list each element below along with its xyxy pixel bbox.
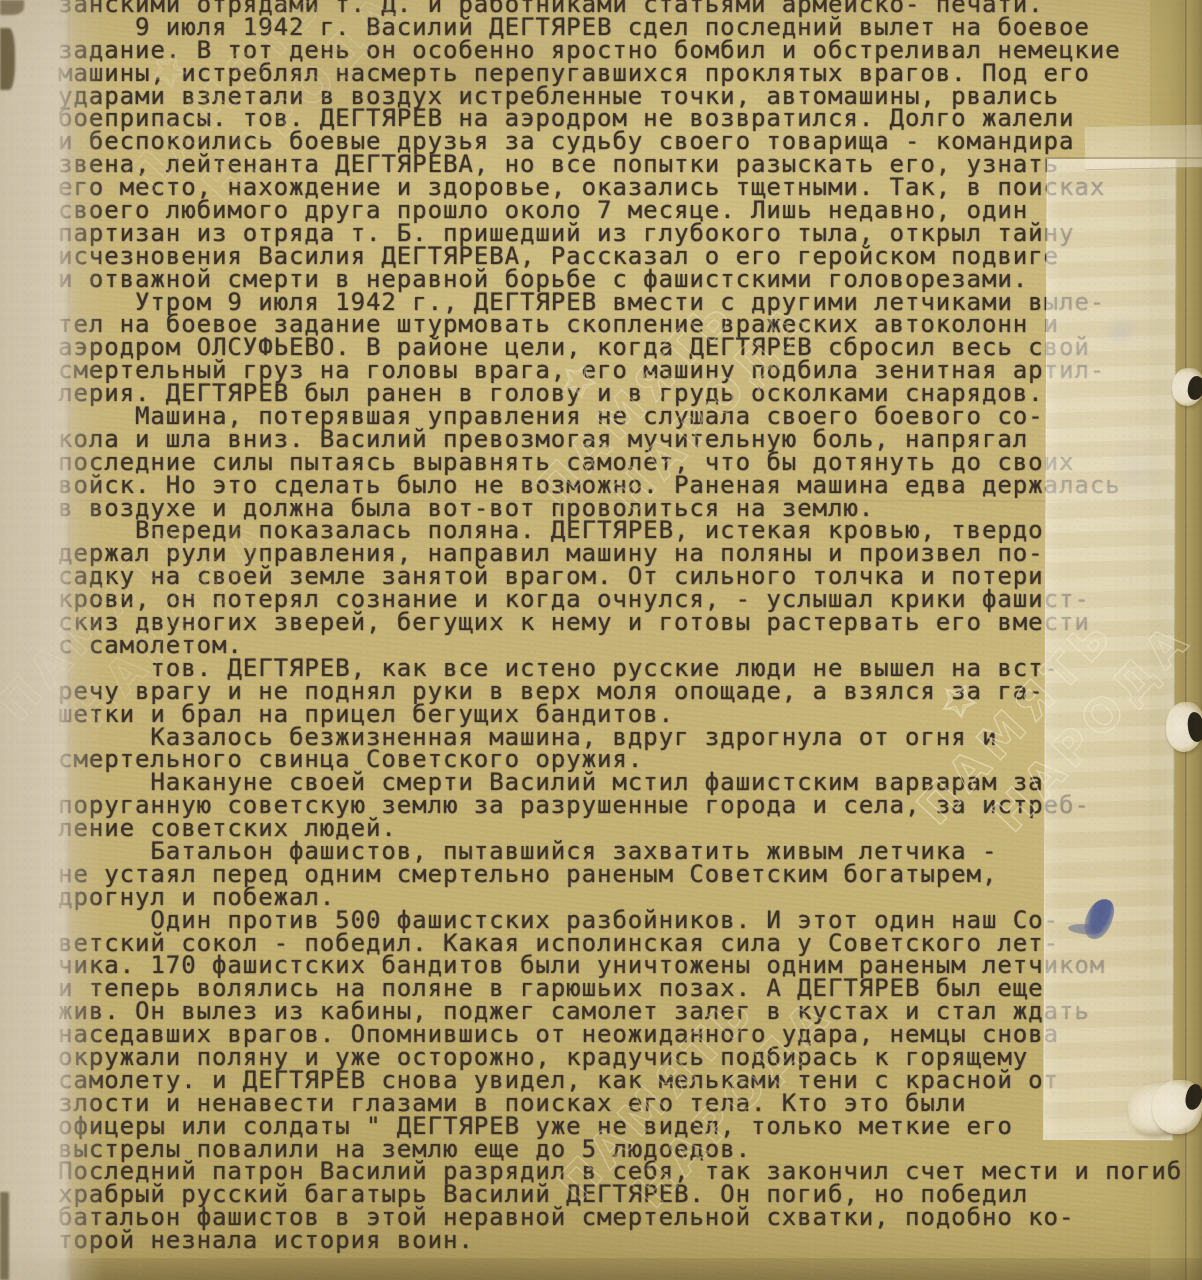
text-line: торой незнала история воин.	[58, 1229, 1188, 1252]
typewritten-text: занскими отрядами т. Д. и работниками ст…	[58, 0, 1188, 1252]
punch-hole	[1166, 702, 1202, 752]
archival-tape-strip	[1043, 158, 1176, 1140]
archival-tape-piece	[1085, 125, 1202, 170]
edge-stain	[0, 0, 24, 15]
edge-stain	[0, 28, 15, 90]
tape-top-edge	[1045, 157, 1202, 159]
punch-hole	[1172, 368, 1202, 406]
worn-left-edge-overlay	[0, 0, 110, 1280]
bottom-edge-shadow	[0, 1258, 1202, 1280]
edge-stain	[0, 1192, 9, 1280]
edge-tear	[1152, 1080, 1202, 1134]
scanned-document-page: занскими отрядами т. Д. и работниками ст…	[0, 0, 1202, 1280]
